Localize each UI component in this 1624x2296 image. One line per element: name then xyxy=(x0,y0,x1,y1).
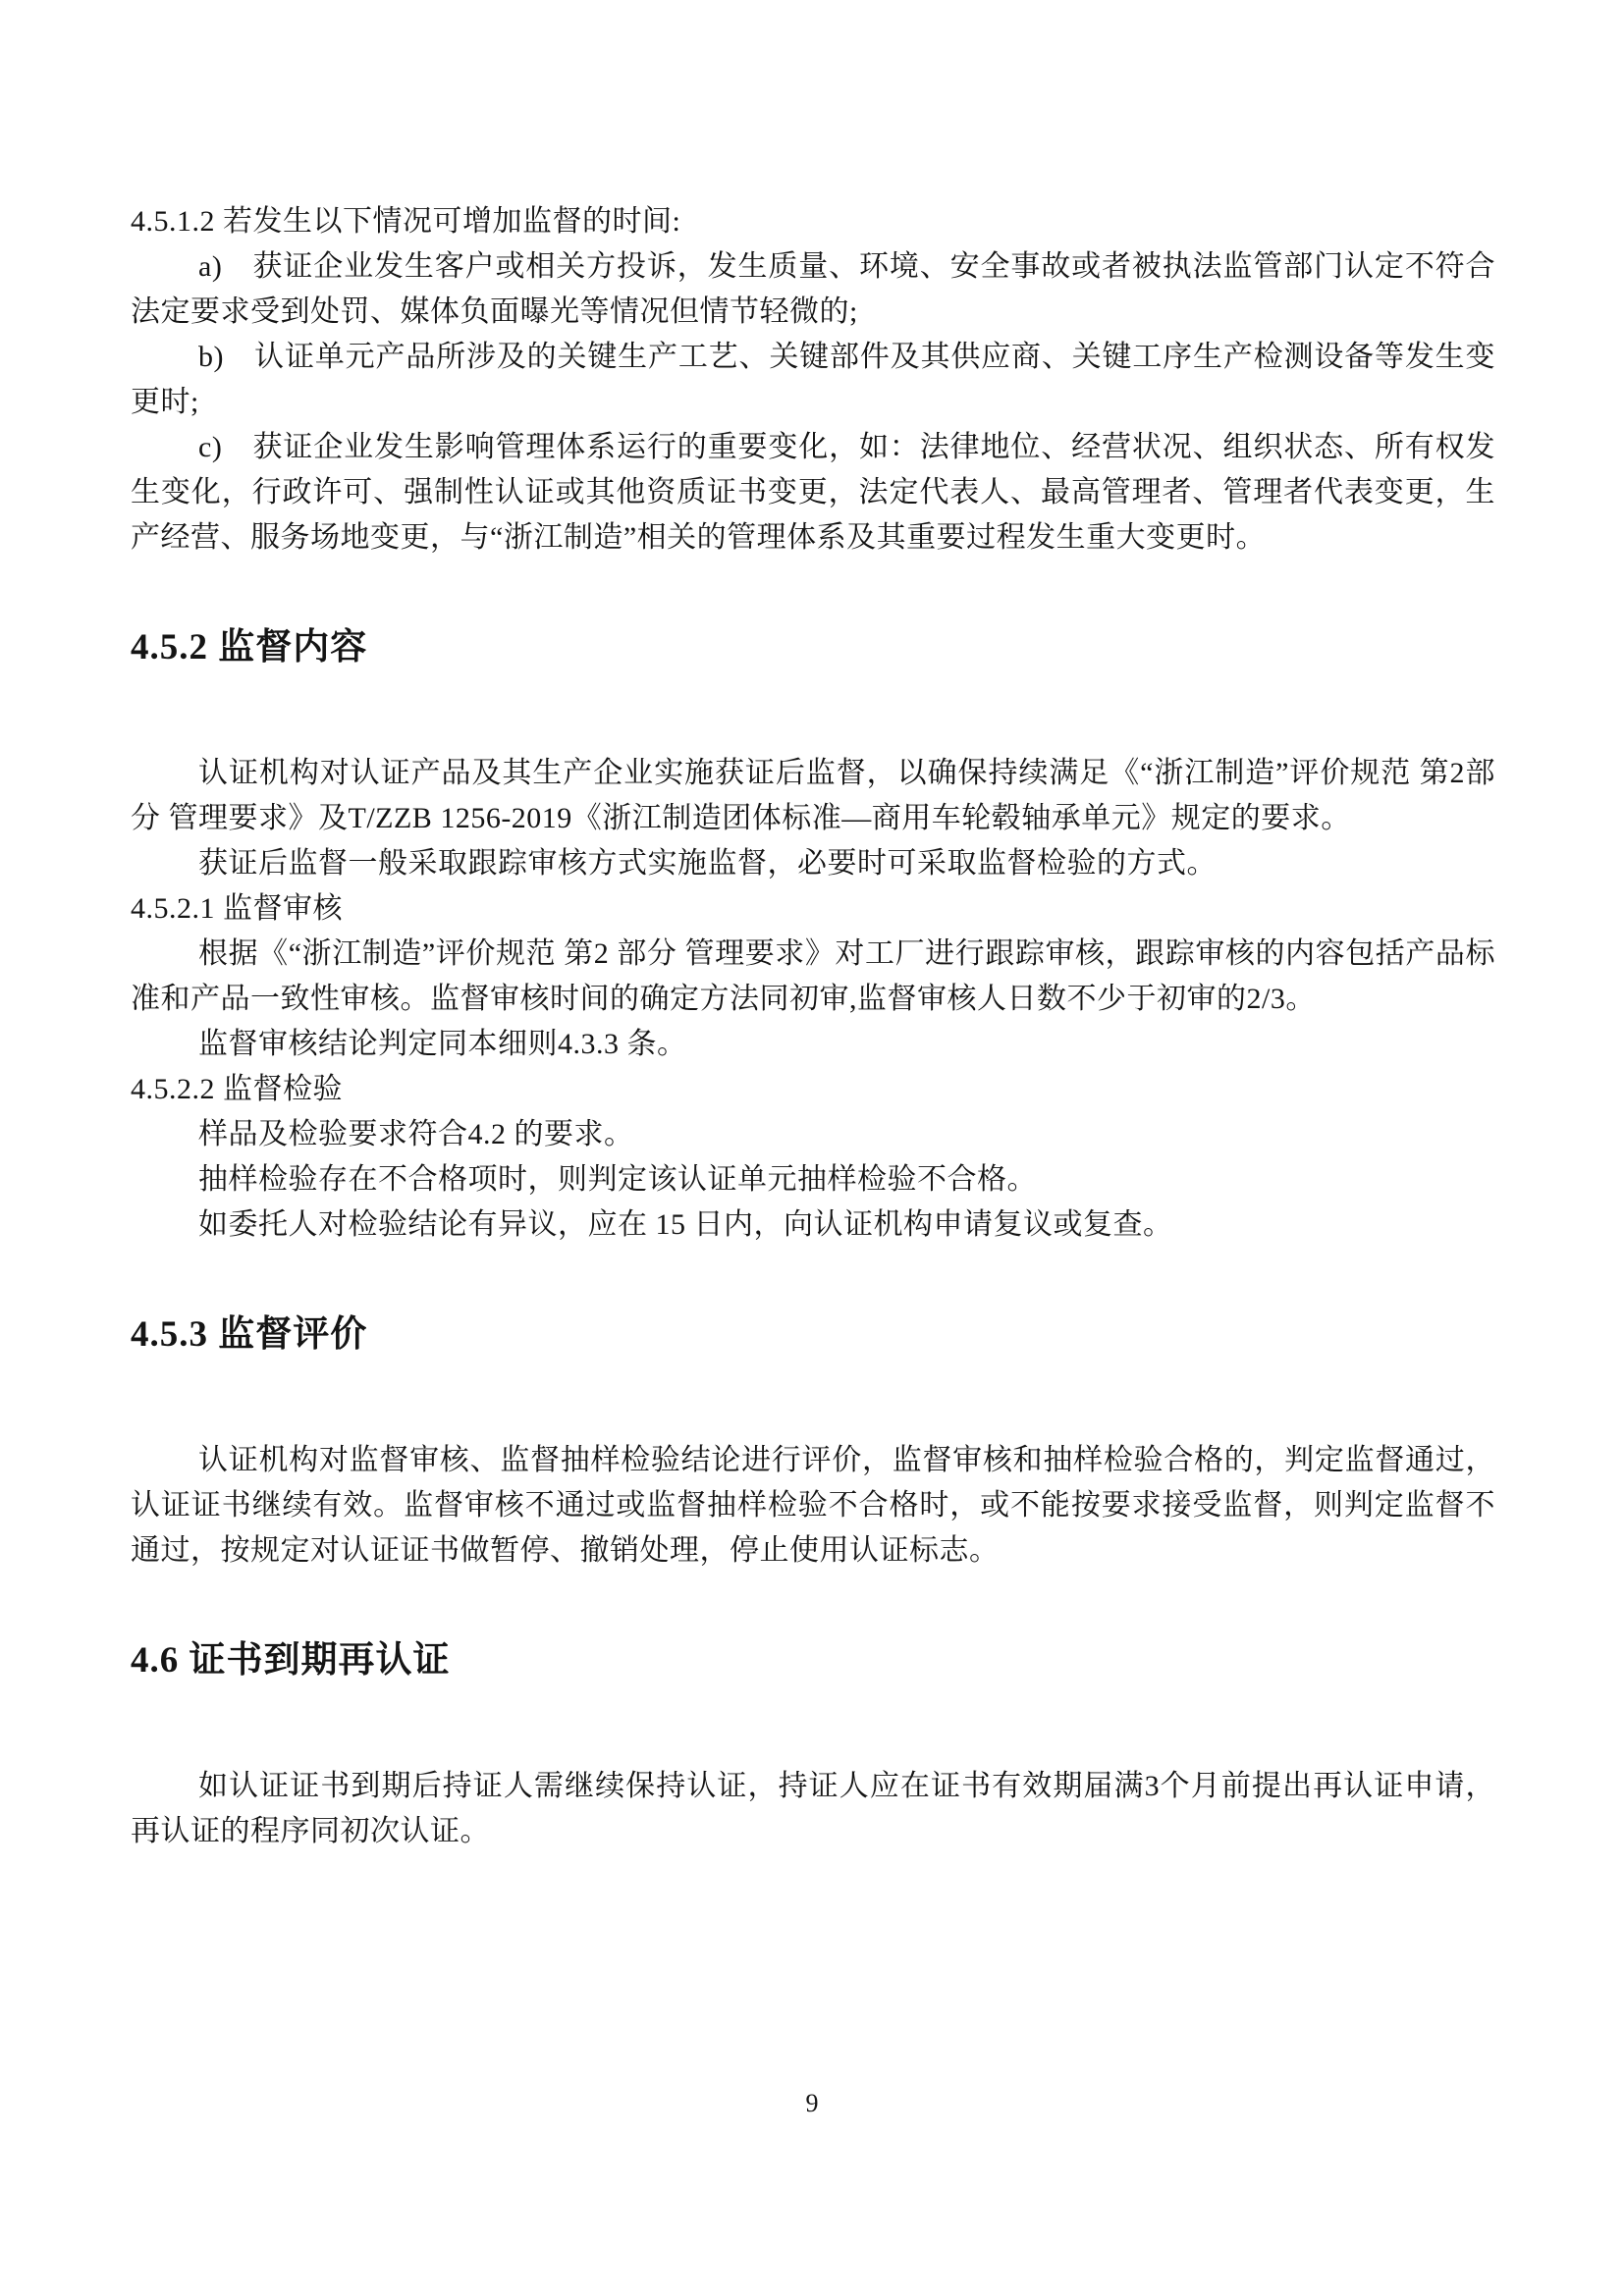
clause-4522-paragraph-1: 样品及检验要求符合4.2 的要求。 xyxy=(131,1112,1495,1157)
clause-4522-heading: 4.5.2.2 监督检验 xyxy=(131,1067,1495,1112)
clause-4512-item-c: c) 获证企业发生影响管理体系运行的重要变化，如：法律地位、经营状况、组织状态、… xyxy=(131,425,1495,561)
clause-4522-paragraph-2: 抽样检验存在不合格项时，则判定该认证单元抽样检验不合格。 xyxy=(131,1157,1495,1202)
section-452-heading: 4.5.2 监督内容 xyxy=(131,623,1495,672)
section-453-heading: 4.5.3 监督评价 xyxy=(131,1310,1495,1360)
section-46-heading: 4.6 证书到期再认证 xyxy=(131,1636,1495,1685)
document-body: 4.5.1.2 若发生以下情况可增加监督的时间: a) 获证企业发生客户或相关方… xyxy=(131,199,1495,1854)
clause-4521-paragraph-2: 监督审核结论判定同本细则4.3.3 条。 xyxy=(131,1022,1495,1067)
section-453-paragraph-1: 认证机构对监督审核、监督抽样检验结论进行评价，监督审核和抽样检验合格的，判定监督… xyxy=(131,1438,1495,1574)
section-452-paragraph-1: 认证机构对认证产品及其生产企业实施获证后监督，以确保持续满足《“浙江制造”评价规… xyxy=(131,751,1495,841)
section-452-paragraph-2: 获证后监督一般采取跟踪审核方式实施监督，必要时可采取监督检验的方式。 xyxy=(131,841,1495,886)
document-page: 4.5.1.2 若发生以下情况可增加监督的时间: a) 获证企业发生客户或相关方… xyxy=(0,0,1624,2296)
clause-4512-heading: 4.5.1.2 若发生以下情况可增加监督的时间: xyxy=(131,199,1495,244)
clause-4512-item-a: a) 获证企业发生客户或相关方投诉，发生质量、环境、安全事故或者被执法监管部门认… xyxy=(131,244,1495,335)
clause-4521-paragraph-1: 根据《“浙江制造”评价规范 第2 部分 管理要求》对工厂进行跟踪审核，跟踪审核的… xyxy=(131,932,1495,1022)
page-number: 9 xyxy=(0,2089,1624,2118)
clause-4512-item-b: b) 认证单元产品所涉及的关键生产工艺、关键部件及其供应商、关键工序生产检测设备… xyxy=(131,335,1495,425)
section-46-paragraph-1: 如认证证书到期后持证人需继续保持认证，持证人应在证书有效期届满3个月前提出再认证… xyxy=(131,1764,1495,1854)
clause-4521-heading: 4.5.2.1 监督审核 xyxy=(131,886,1495,932)
clause-4522-paragraph-3: 如委托人对检验结论有异议，应在 15 日内，向认证机构申请复议或复查。 xyxy=(131,1202,1495,1248)
